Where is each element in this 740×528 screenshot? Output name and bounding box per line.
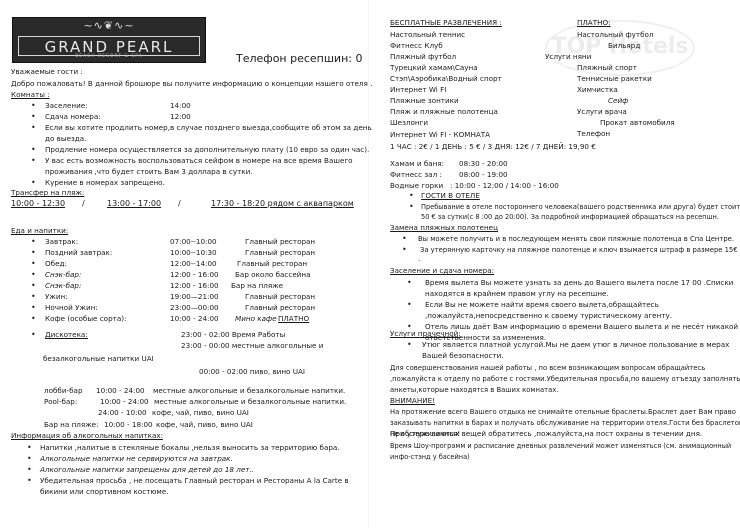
departure-item-1: Время вылета Вы можете узнать за день до… xyxy=(425,278,733,289)
food-item-name: Снэк-бар: xyxy=(45,281,81,292)
bullet-icon: • xyxy=(407,340,413,351)
departure-heading: Заселение и сдача номера: xyxy=(390,266,494,277)
paid-item: Прокат автомобиля xyxy=(600,118,675,129)
food-item-name: Ужин: xyxy=(45,292,68,303)
greeting: Уважаемые гости : xyxy=(11,67,83,78)
food-item-place: Главный ресторан xyxy=(245,248,315,259)
bullet-icon: • xyxy=(31,145,37,156)
bullet-icon: • xyxy=(402,234,408,245)
hours-label: Хамам и баня: xyxy=(390,159,444,170)
bullet-icon: • xyxy=(402,245,408,256)
disco-slot-2: 00:00 - 02:00 пиво, вино UAI xyxy=(199,367,305,378)
free-item: Турецкий хамам\Сауна xyxy=(390,63,478,74)
food-item-name: Снэк-бар: xyxy=(45,270,81,281)
free-item: Стэп\Аэробика\Водный спорт xyxy=(390,74,502,85)
alcohol-rule-cont: бикини или спортивном костюме. xyxy=(40,487,169,498)
bullet-icon: • xyxy=(31,259,37,270)
transfer-slot-1: 10:00 - 12:30 xyxy=(11,199,65,210)
bar-desc: местные алкогольные и безалкогольные нап… xyxy=(153,386,345,397)
paid-heading: ПЛАТНО: xyxy=(577,18,611,29)
bullet-icon: • xyxy=(31,248,37,259)
paid-item: Телефон xyxy=(577,129,610,140)
paid-item: Настольный футбол xyxy=(577,30,654,41)
checkout-time: 12:00 xyxy=(170,112,191,123)
alcohol-rule: Убедительная просьба , не посещать Главн… xyxy=(40,476,349,487)
food-item-time: 10:00 - 24:00 xyxy=(170,314,219,325)
bullet-icon: • xyxy=(31,156,37,167)
free-item: Шезлонги xyxy=(390,118,428,129)
reception-phone: Телефон ресепшин: 0 xyxy=(236,52,362,65)
free-item: Пляжные зонтики xyxy=(390,96,459,107)
food-item-place: Мино кафе xyxy=(235,314,277,325)
show-line: инфо-стэнд у басейна) xyxy=(390,452,470,463)
departure-item-1-cont: находятся в крайнем правом углу на ресеп… xyxy=(425,289,609,300)
bar-desc: кофе, чай, пиво, вино UAI xyxy=(152,408,249,419)
disco-slot-1: 23:00 - 00:00 местные алкогольные и xyxy=(181,341,323,352)
food-item-place: Главный ресторан xyxy=(245,237,315,248)
rooms-heading: Комнаты : xyxy=(11,90,50,101)
free-item: Пляжный футбол xyxy=(390,52,456,63)
bullet-icon: • xyxy=(31,237,37,248)
bullet-icon: • xyxy=(31,281,37,292)
paid-badge: ПЛАТНО xyxy=(278,314,309,325)
hours-time: : 10:00 - 12:00 / 14:00 - 16:00 xyxy=(450,181,559,192)
safe-text-2: проживания ,что будет стоить Вам 3 долла… xyxy=(45,167,253,178)
disco-label: Дискотека: xyxy=(45,330,88,341)
extend-text-1: Если вы хотите продлить номер,в случае п… xyxy=(45,123,372,134)
feedback-line: Для совершенствования нашей работы , по … xyxy=(390,363,705,374)
safe-text-1: У вас есть возможность воспользоваться с… xyxy=(45,156,353,167)
food-item-name: Поздний завтрак: xyxy=(45,248,112,259)
attention-heading: ВНИМАНИЕ! xyxy=(390,396,435,407)
bar-time: 10:00 - 24:00 xyxy=(96,386,145,397)
bar-time: 10:00 - 18:00 xyxy=(104,420,153,431)
food-item-time: 10:00--10:30 xyxy=(170,248,217,259)
departure-item-3: Отель лишь даёт Вам информацию о времени… xyxy=(425,322,738,333)
paid-item: Теннисные ракетки xyxy=(577,74,652,85)
food-item-place: Бар на пляже xyxy=(231,281,283,292)
attention-line: заказывать напитки в барах и получать об… xyxy=(390,418,740,429)
departure-item-2: Если Вы не можете найти время своего выл… xyxy=(425,300,659,311)
food-item-time: 23:00—00:00 xyxy=(170,303,219,314)
lost-items-text: При утере личных вещей обратитесь ,пожал… xyxy=(390,429,702,440)
bar-time: 10:00 - 24:00 xyxy=(100,397,149,408)
hours-label: Фитнесс зал : xyxy=(390,170,442,181)
food-item-name: Завтрак: xyxy=(45,237,78,248)
left-page: ~∿❦∿~ GRAND PEARL BEACH RESORT & SPA Тел… xyxy=(0,0,370,528)
checkout-label: Сдача номера: xyxy=(45,112,101,123)
bar-time: 24:00 - 10:00 xyxy=(98,408,147,419)
guests-text-2: 50 € за сутки(с 8 :00 до 20:00). За подр… xyxy=(421,212,719,223)
extend-fee: Продление номера осуществляется за допол… xyxy=(45,145,369,156)
laundry-heading: Услуги прачечной: xyxy=(390,329,461,340)
bullet-icon: • xyxy=(31,314,37,325)
hours-time: 08:00 - 19:00 xyxy=(459,170,508,181)
guests-text-1: Пребывание в отеле постороннего человека… xyxy=(421,202,740,213)
bullet-icon: • xyxy=(27,454,33,465)
food-item-place: Главный ресторан xyxy=(245,292,315,303)
food-item-time: 19:00—21:00 xyxy=(170,292,219,303)
feedback-line: ,пожалуйста к отделу по работе с гостями… xyxy=(390,374,740,385)
food-item-place: Бар около бассейна xyxy=(235,270,311,281)
show-line: Время Шоу-программ и расписание дневных … xyxy=(390,441,731,452)
food-item-name: Кофе (особые сорта): xyxy=(45,314,126,325)
hours-label: Водные горки xyxy=(390,181,443,192)
bullet-icon: • xyxy=(31,123,37,134)
bullet-icon: • xyxy=(31,330,37,341)
bullet-icon: • xyxy=(31,292,37,303)
welcome-text: Добро пожаловать! В данной брошюре вы по… xyxy=(11,79,372,90)
right-page: БЕСПЛАТНЫЕ РАЗВЛЕЧЕНИЯ : Настольный тенн… xyxy=(370,0,740,528)
free-item: Пляж и пляжные полотенца xyxy=(390,107,498,118)
bullet-icon: • xyxy=(31,303,37,314)
towels-item-2: За утерянную карточку на пляжное полотен… xyxy=(420,245,738,256)
food-heading: Еда и напитки: xyxy=(11,226,68,237)
laundry-item-cont: Вашей безопасности. xyxy=(422,351,504,362)
bullet-icon: • xyxy=(407,278,413,289)
alcohol-rule: Алкогольные напитки запрещены для детей … xyxy=(40,465,254,476)
alcohol-rule: Напитки ,налитые в стекляные бокалы ,нел… xyxy=(40,443,340,454)
free-item: Фитнесс Клуб xyxy=(390,41,443,52)
paid-item: Сейф xyxy=(608,96,628,107)
bar-name: лобби-бар xyxy=(44,386,83,397)
guests-heading: ГОСТИ В ОТЕЛЕ xyxy=(421,191,480,202)
extend-text-2: до выезда. xyxy=(45,134,86,145)
alcohol-rule: Алкогольные напитки не сервируются на за… xyxy=(40,454,233,465)
checkin-time: 14:00 xyxy=(170,101,191,112)
disco-slot-1-cont: безалкогольные напитки UAI xyxy=(43,354,154,365)
transfer-slot-2: 13:00 - 17:00 xyxy=(107,199,161,210)
towels-item-2-cont: . xyxy=(418,254,420,265)
bullet-icon: • xyxy=(27,443,33,454)
bullet-icon: • xyxy=(407,300,413,311)
paid-item: Услуги няни xyxy=(545,52,591,63)
logo-name: GRAND PEARL xyxy=(13,40,205,55)
towels-heading: Замена пляжных полотенец xyxy=(390,223,498,234)
free-item: Настольный теннис xyxy=(390,30,465,41)
transfer-slot-3: 17:30 - 18:20 рядом с аквапарком xyxy=(211,199,354,210)
food-item-place: Главный ресторан xyxy=(237,259,307,270)
attention-line: На протяжение всего Вашего отдыха не сни… xyxy=(390,407,736,418)
feedback-line: анкеты,которые находятся в Ваших комната… xyxy=(390,385,558,396)
smoking-rule: Курение в номерах запрещено. xyxy=(45,178,165,189)
bar-name: Pool-бар: xyxy=(44,397,77,408)
towels-item-1: Вы можете получить и в последующем менят… xyxy=(418,234,734,245)
hotel-logo: ~∿❦∿~ GRAND PEARL BEACH RESORT & SPA xyxy=(12,17,206,63)
free-item: Интернет Wi FI xyxy=(390,85,446,96)
alcohol-heading: Информация об алкогольных напитках: xyxy=(11,431,163,442)
transfer-heading: Трансфер на пляж: xyxy=(11,188,84,199)
paid-item: Услуги врача xyxy=(577,107,627,118)
transfer-sep: / xyxy=(178,199,181,210)
bullet-icon: • xyxy=(31,112,37,123)
food-item-name: Обед: xyxy=(45,259,67,270)
bar-name: Бар на пляже: xyxy=(44,420,99,431)
free-heading: БЕСПЛАТНЫЕ РАЗВЛЕЧЕНИЯ : xyxy=(390,18,502,29)
bullet-icon: • xyxy=(31,178,37,189)
food-item-time: 07:00--10:00 xyxy=(170,237,217,248)
departure-item-2-cont: ,пожалуйста,непосредственно к своему тур… xyxy=(425,311,672,322)
transfer-sep: / xyxy=(82,199,85,210)
bar-desc: местные алкогольные и безалкогольные нап… xyxy=(154,397,346,408)
food-item-name: Ночной Ужин: xyxy=(45,303,98,314)
paid-item: Пляжный спорт xyxy=(577,63,637,74)
bullet-icon: • xyxy=(31,270,37,281)
bullet-icon: • xyxy=(31,101,37,112)
disco-hours: 23:00 - 02:00 Время Работы xyxy=(181,330,285,341)
logo-ornament-icon: ~∿❦∿~ xyxy=(13,20,205,32)
food-item-time: 12:00--14:00 xyxy=(170,259,217,270)
wifi-heading: Интернет Wi FI - КОМНАТА xyxy=(390,130,490,141)
bullet-icon: • xyxy=(409,202,415,213)
checkin-label: Заселение: xyxy=(45,101,88,112)
bullet-icon: • xyxy=(27,476,33,487)
bar-desc: кофе, чай, пиво, вино UAI xyxy=(156,420,253,431)
laundry-item: Утюг является платной услугой.Мы не даем… xyxy=(422,340,729,351)
bullet-icon: • xyxy=(409,191,415,202)
bullet-icon: • xyxy=(27,465,33,476)
paid-item: Химчистка xyxy=(577,85,618,96)
food-item-time: 12:00 - 16:00 xyxy=(170,281,219,292)
paid-item: Бильярд xyxy=(608,41,640,52)
wifi-prices: 1 ЧАС : 2€ / 1 ДЕНЬ : 5 € / 3 ДНЯ: 12€ /… xyxy=(390,142,596,153)
logo-subtitle: BEACH RESORT & SPA xyxy=(13,54,205,60)
food-item-place: Главный ресторан xyxy=(245,303,315,314)
hours-time: 08:30 - 20:00 xyxy=(459,159,508,170)
food-item-time: 12:00 - 16:00 xyxy=(170,270,219,281)
